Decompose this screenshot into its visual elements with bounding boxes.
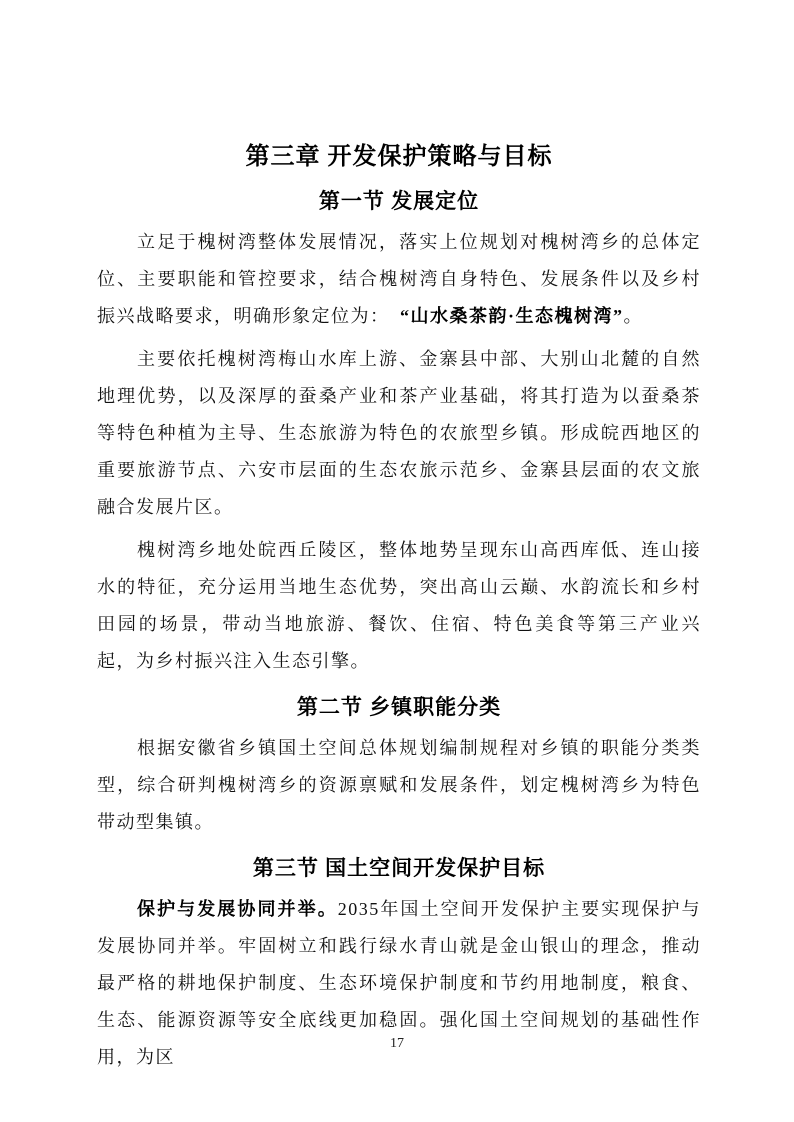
section-3-title: 第三节 国土空间开发保护目标 [97, 853, 701, 883]
paragraph-natural-advantages: 主要依托槐树湾梅山水库上游、金寨县中部、大别山北麓的自然地理优势，以及深厚的蚕桑… [97, 341, 701, 526]
section-2-title: 第二节 乡镇职能分类 [97, 692, 701, 722]
paragraph-1-period: 。 [624, 306, 644, 326]
paragraph-terrain-ecology: 槐树湾乡地处皖西丘陵区，整体地势呈现东山高西库低、连山接水的特征，充分运用当地生… [97, 532, 701, 680]
document-page: 第三章 开发保护策略与目标 第一节 发展定位 立足于槐树湾整体发展情况，落实上位… [0, 0, 794, 1122]
page-number: 17 [390, 1036, 404, 1051]
paragraph-5-lead-bold: 保护与发展协同并举。 [137, 899, 338, 919]
image-positioning-slogan: “山水桑茶韵·生态槐树湾” [400, 306, 624, 326]
paragraph-development-positioning: 立足于槐树湾整体发展情况，落实上位规划对槐树湾乡的总体定位、主要职能和管控要求，… [97, 224, 701, 335]
paragraph-town-function-classification: 根据安徽省乡镇国土空间总体规划编制规程对乡镇的职能分类类型，综合研判槐树湾乡的资… [97, 730, 701, 841]
section-1-title: 第一节 发展定位 [97, 186, 701, 216]
page-footer: 17 [0, 1036, 794, 1052]
chapter-title: 第三章 开发保护策略与目标 [97, 140, 701, 174]
